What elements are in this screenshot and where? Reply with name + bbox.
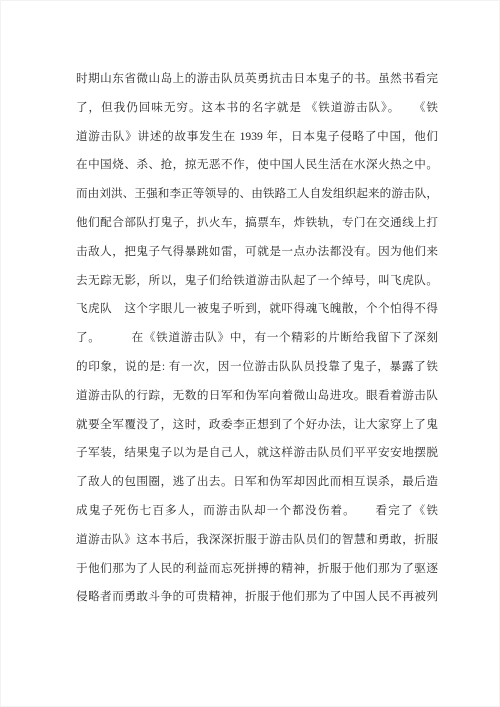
text-line-6: 他们配合部队打鬼子，扒火车，搞票车，炸铁轨，专门在交通线上打: [76, 209, 438, 238]
text-line-4: 在中国烧、杀、抢，掠无恶不作，使中国人民生活在水深火热之中。: [76, 151, 438, 180]
text-line-19: 侵略者而勇敢斗争的可贵精神，折服于他们那为了中国人民不再被列: [76, 583, 438, 612]
text-line-2: 了，但我仍回味无穷。这本书的名字就是 《铁道游击队》。 《铁: [76, 94, 438, 123]
text-line-17: 道游击队》这本书后，我深深折服于游击队员们的智慧和勇敢，折服: [76, 526, 438, 555]
text-line-16: 成鬼子死伤七百多人，而游击队却一个都没伤着。 看完了《铁: [76, 497, 438, 526]
text-line-18: 于他们那为了人民的利益而忘死拼搏的精神，折服于他们那为了驱逐: [76, 555, 438, 584]
text-line-12: 道游击队的行踪，无数的日军和伪军向着微山岛进攻。眼看着游击队: [76, 382, 438, 411]
text-line-7: 击敌人，把鬼子气得暴跳如雷，可就是一点办法都没有。因为他们来: [76, 238, 438, 267]
text-line-3: 道游击队》讲述的故事发生在 1939 年，日本鬼子侵略了中国，他们: [76, 123, 438, 152]
text-line-11: 的印象，说的是: 有一次，因一位游击队队员投靠了鬼子，暴露了铁: [76, 353, 438, 382]
text-line-15: 了敌人的包围圈，逃了出去。日军和伪军却因此而相互误杀，最后造: [76, 468, 438, 497]
text-line-5: 而由刘洪、王强和李正等领导的、由铁路工人自发组织起来的游击队，: [76, 180, 438, 209]
text-line-8: 去无踪无影，所以，鬼子们给铁道游击队起了一个绰号，叫飞虎队。: [76, 267, 438, 296]
essay-body: 时期山东省微山岛上的游击队员英勇抗击日本鬼子的书。虽然书看完 了，但我仍回味无穷…: [76, 65, 438, 612]
text-line-14: 子军装，结果鬼子以为是自己人，就这样游击队员们平平安安地摆脱: [76, 439, 438, 468]
text-line-1: 时期山东省微山岛上的游击队员英勇抗击日本鬼子的书。虽然书看完: [76, 65, 438, 94]
text-line-13: 就要全军覆没了，这时，政委李正想到了个好办法，让大家穿上了鬼: [76, 411, 438, 440]
document-page: 时期山东省微山岛上的游击队员英勇抗击日本鬼子的书。虽然书看完 了，但我仍回味无穷…: [0, 0, 500, 707]
text-line-10: 了。 在《铁道游击队》中，有一个精彩的片断给我留下了深刻: [76, 324, 438, 353]
text-line-9: 飞虎队 这个字眼儿一被鬼子听到，就吓得魂飞魄散，个个怕得不得: [76, 295, 438, 324]
